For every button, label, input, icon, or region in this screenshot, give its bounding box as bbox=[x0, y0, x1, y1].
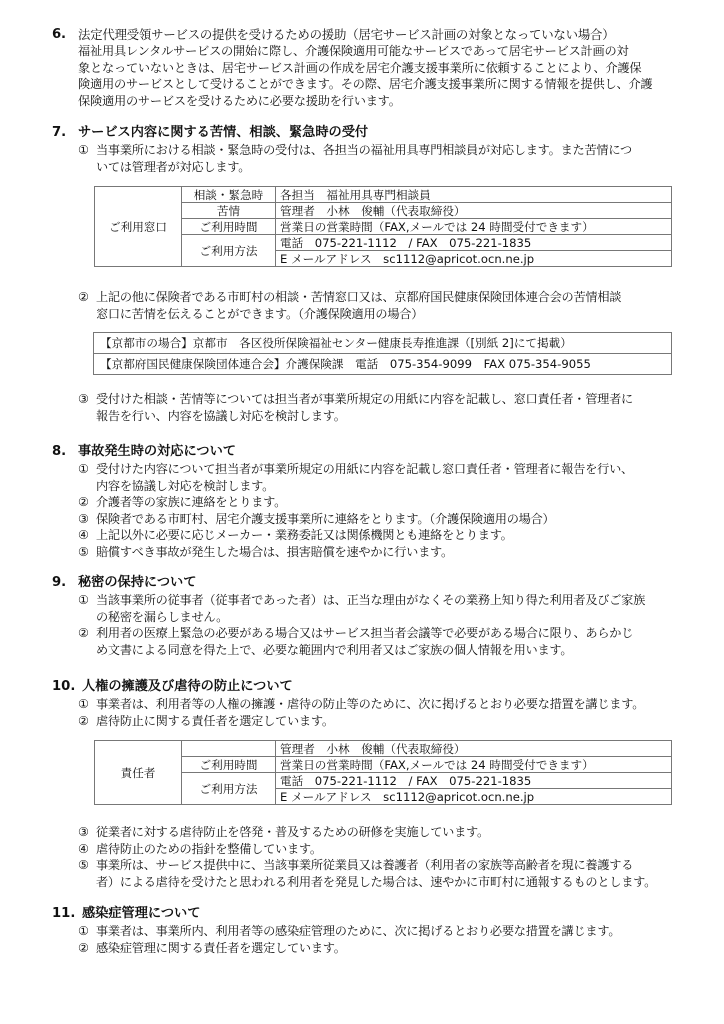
body-line: 保険適用のサービスを受けるために必要な援助を行います。 bbox=[78, 93, 692, 110]
document-page: 6. 法定代理受領サービスの提供を受けるための援助（居宅サービス計画の対象となっ… bbox=[0, 0, 724, 1024]
row-label: ご利用時間 bbox=[182, 757, 276, 773]
item-line: 事業者は、利用者等の人権の擁護・虐待の防止等のために、次に掲げるとおり必要な措置… bbox=[96, 696, 692, 713]
list-item: ② 虐待防止に関する責任者を選定しています。 bbox=[78, 713, 692, 730]
item-marker: ③ bbox=[78, 824, 96, 841]
item-marker: ④ bbox=[78, 841, 96, 858]
section-number: 10. bbox=[52, 678, 82, 696]
item-line: 利用者の医療上緊急の必要がある場合又はサービス担当者会議等で必要がある場合に限り… bbox=[96, 625, 692, 642]
section-number: 11. bbox=[52, 905, 82, 923]
item-marker: ② bbox=[78, 494, 96, 511]
table-row: ご利用方法 電話 075-221-1112 / FAX 075-221-1835 bbox=[95, 773, 672, 789]
list-item: ④ 上記以外に必要に応じメーカー・業務委託又は関係機関とも連絡をとります。 bbox=[78, 527, 692, 544]
item-line: 受付けた相談・苦情等については担当者が事業所規定の用紙に内容を記載し、窓口責任者… bbox=[96, 391, 692, 408]
section-title: 感染症管理について bbox=[82, 905, 200, 923]
table-row: ご利用窓口 相談・緊急時 各担当 福祉用具専門相談員 bbox=[95, 187, 672, 203]
item-line: 事業者は、事業所内、利用者等の感染症管理のために、次に掲げるとおり必要な措置を講… bbox=[96, 923, 692, 940]
item-marker: ③ bbox=[78, 511, 96, 528]
item-marker: ② bbox=[78, 940, 96, 957]
item-marker: ④ bbox=[78, 527, 96, 544]
list-item: ② 感染症管理に関する責任者を選定しています。 bbox=[78, 940, 692, 957]
item-line: 虐待防止のための指針を整備しています。 bbox=[96, 841, 692, 858]
item-line: 内容を協議し対応を検討します。 bbox=[96, 478, 692, 495]
item-marker: ① bbox=[78, 696, 96, 713]
section-title: サービス内容に関する苦情、相談、緊急時の受付 bbox=[78, 124, 368, 142]
list-item: ③ 従業者に対する虐待防止を啓発・普及するための研修を実施しています。 bbox=[78, 824, 692, 841]
section-8: 8. 事故発生時の対応について ① 受付けた内容について担当者が事業所規定の用紙… bbox=[52, 443, 692, 560]
section-11: 11. 感染症管理について ① 事業者は、事業所内、利用者等の感染症管理のために… bbox=[52, 905, 692, 956]
row-value: 電話 075-221-1112 / FAX 075-221-1835 bbox=[276, 773, 672, 789]
contact-window-table: ご利用窓口 相談・緊急時 各担当 福祉用具専門相談員 苦情 管理者 小林 俊輔（… bbox=[94, 186, 672, 267]
section-7-item-3: ③ 受付けた相談・苦情等については担当者が事業所規定の用紙に内容を記載し、窓口責… bbox=[52, 391, 692, 424]
section-title: 秘密の保持について bbox=[78, 574, 196, 592]
email-value: E メールアドレス sc1112@apricot.ocn.ne.jp bbox=[276, 789, 672, 805]
table-row: 責任者 管理者 小林 俊輔（代表取締役） bbox=[95, 741, 672, 757]
item-marker: ⑤ bbox=[78, 544, 96, 561]
section-number: 6. bbox=[52, 26, 78, 43]
item-line: め文書による同意を得た上で、必要な範囲内で利用者又はご家族の個人情報を用います。 bbox=[96, 642, 692, 659]
row-label: ご利用時間 bbox=[182, 219, 276, 235]
list-item: ② 利用者の医療上緊急の必要がある場合又はサービス担当者会議等で必要がある場合に… bbox=[78, 625, 692, 658]
row-value: 営業日の営業時間（FAX,メールでは 24 時間受付できます） bbox=[276, 757, 672, 773]
body-line: 険適用のサービスとして受けることができます。その際、居宅介護支援事業所に関する情… bbox=[78, 76, 692, 93]
item-line: 従業者に対する虐待防止を啓発・普及するための研修を実施しています。 bbox=[96, 824, 692, 841]
box-line: 【京都府国民健康保険団体連合会】介護保険課 電話 075-354-9099 FA… bbox=[94, 354, 672, 375]
table-row: ご利用時間 営業日の営業時間（FAX,メールでは 24 時間受付できます） bbox=[95, 219, 672, 235]
section-9-heading: 9. 秘密の保持について bbox=[52, 574, 692, 592]
item-marker: ① bbox=[78, 461, 96, 494]
list-item: ② 介護者等の家族に連絡をとります。 bbox=[78, 494, 692, 511]
row-header: 責任者 bbox=[95, 741, 182, 805]
list-item: ① 事業者は、事業所内、利用者等の感染症管理のために、次に掲げるとおり必要な措置… bbox=[78, 923, 692, 940]
list-item: ① 当該事業所の従事者（従事者であった者）は、正当な理由がなくその業務上知り得た… bbox=[78, 592, 692, 625]
item-line: 介護者等の家族に連絡をとります。 bbox=[96, 494, 692, 511]
item-line: 保険者である市町村、居宅介護支援事業所に連絡をとります。（介護保険適用の場合） bbox=[96, 511, 692, 528]
item-line: 賠償すべき事故が発生した場合は、損害賠償を速やかに行います。 bbox=[96, 544, 692, 561]
section-10-heading: 10. 人権の擁護及び虐待の防止について bbox=[52, 678, 692, 696]
section-7-item-2: ② 上記の他に保険者である市町村の相談・苦情窓口又は、京都府国民健康保険団体連合… bbox=[52, 289, 692, 322]
table-row: ご利用方法 電話 075-221-1112 / FAX 075-221-1835 bbox=[95, 235, 672, 251]
row-label: ご利用方法 bbox=[182, 235, 276, 267]
row-value: 各担当 福祉用具専門相談員 bbox=[276, 187, 672, 203]
item-marker: ① bbox=[78, 142, 96, 175]
item-marker: ① bbox=[78, 592, 96, 625]
item-marker: ② bbox=[78, 625, 96, 658]
list-item: ② 上記の他に保険者である市町村の相談・苦情窓口又は、京都府国民健康保険団体連合… bbox=[78, 289, 692, 322]
section-7-heading: 7. サービス内容に関する苦情、相談、緊急時の受付 bbox=[52, 124, 692, 142]
item-line: 窓口に苦情を伝えることができます。（介護保険適用の場合） bbox=[96, 306, 692, 323]
item-line: の秘密を漏らしません。 bbox=[96, 609, 692, 626]
row-label: ご利用方法 bbox=[182, 773, 276, 805]
row-label bbox=[182, 741, 276, 757]
list-item: ⑤ 賠償すべき事故が発生した場合は、損害賠償を速やかに行います。 bbox=[78, 544, 692, 561]
table-row: ご利用時間 営業日の営業時間（FAX,メールでは 24 時間受付できます） bbox=[95, 757, 672, 773]
item-line: いては管理者が対応します。 bbox=[96, 159, 692, 176]
item-line: 虐待防止に関する責任者を選定しています。 bbox=[96, 713, 692, 730]
section-6-heading: 6. 法定代理受領サービスの提供を受けるための援助（居宅サービス計画の対象となっ… bbox=[52, 26, 692, 43]
item-line: 上記の他に保険者である市町村の相談・苦情窓口又は、京都府国民健康保険団体連合会の… bbox=[96, 289, 692, 306]
item-line: 受付けた内容について担当者が事業所規定の用紙に内容を記載し窓口責任者・管理者に報… bbox=[96, 461, 692, 478]
list-item: ① 当事業所における相談・緊急時の受付は、各担当の福祉用具専門相談員が対応します… bbox=[78, 142, 692, 175]
item-marker: ② bbox=[78, 289, 96, 322]
abuse-prevention-officer-table: 責任者 管理者 小林 俊輔（代表取締役） ご利用時間 営業日の営業時間（FAX,… bbox=[94, 740, 672, 805]
list-item: ④ 虐待防止のための指針を整備しています。 bbox=[78, 841, 692, 858]
row-value: 電話 075-221-1112 / FAX 075-221-1835 bbox=[276, 235, 672, 251]
complaint-contacts-box: 【京都市の場合】京都市 各区役所保険福祉センター健康長寿推進課（[別紙 2]にて… bbox=[93, 332, 672, 375]
item-line: 当該事業所の従事者（従事者であった者）は、正当な理由がなくその業務上知り得た利用… bbox=[96, 592, 692, 609]
row-value: 管理者 小林 俊輔（代表取締役） bbox=[276, 203, 672, 219]
section-8-heading: 8. 事故発生時の対応について bbox=[52, 443, 692, 461]
row-header: ご利用窓口 bbox=[95, 187, 182, 267]
body-line: 福祉用具レンタルサービスの開始に際し、介護保険適用可能なサービスであって居宅サー… bbox=[78, 43, 692, 60]
section-title: 法定代理受領サービスの提供を受けるための援助（居宅サービス計画の対象となっていな… bbox=[78, 26, 614, 43]
section-11-heading: 11. 感染症管理について bbox=[52, 905, 692, 923]
list-item: ① 受付けた内容について担当者が事業所規定の用紙に内容を記載し窓口責任者・管理者… bbox=[78, 461, 692, 494]
body-line: 象となっていないときは、居宅サービス計画の作成を居宅介護支援事業所に依頼すること… bbox=[78, 60, 692, 77]
row-label: 苦情 bbox=[182, 203, 276, 219]
item-line: 者）による虐待を受けたと思われる利用者を発見した場合は、速やかに市町村に通報する… bbox=[96, 874, 692, 891]
item-line: 当事業所における相談・緊急時の受付は、各担当の福祉用具専門相談員が対応します。ま… bbox=[96, 142, 692, 159]
section-9: 9. 秘密の保持について ① 当該事業所の従事者（従事者であった者）は、正当な理… bbox=[52, 574, 692, 658]
row-label: 相談・緊急時 bbox=[182, 187, 276, 203]
list-item: ③ 受付けた相談・苦情等については担当者が事業所規定の用紙に内容を記載し、窓口責… bbox=[78, 391, 692, 424]
section-number: 9. bbox=[52, 574, 78, 592]
box-line: 【京都市の場合】京都市 各区役所保険福祉センター健康長寿推進課（[別紙 2]にて… bbox=[94, 333, 672, 354]
list-item: ③ 保険者である市町村、居宅介護支援事業所に連絡をとります。（介護保険適用の場合… bbox=[78, 511, 692, 528]
section-number: 7. bbox=[52, 124, 78, 142]
table-row: 苦情 管理者 小林 俊輔（代表取締役） bbox=[95, 203, 672, 219]
section-number: 8. bbox=[52, 443, 78, 461]
list-item: ⑤ 事業所は、サービス提供中に、当該事業所従業員又は養護者（利用者の家族等高齢者… bbox=[78, 857, 692, 890]
row-value: 営業日の営業時間（FAX,メールでは 24 時間受付できます） bbox=[276, 219, 672, 235]
item-line: 報告を行い、内容を協議し対応を検討します。 bbox=[96, 408, 692, 425]
section-6-body: 福祉用具レンタルサービスの開始に際し、介護保険適用可能なサービスであって居宅サー… bbox=[78, 43, 692, 109]
item-marker: ② bbox=[78, 713, 96, 730]
email-value: E メールアドレス sc1112@apricot.ocn.ne.jp bbox=[276, 251, 672, 267]
item-marker: ③ bbox=[78, 391, 96, 424]
list-item: ① 事業者は、利用者等の人権の擁護・虐待の防止等のために、次に掲げるとおり必要な… bbox=[78, 696, 692, 713]
section-title: 人権の擁護及び虐待の防止について bbox=[82, 678, 293, 696]
item-line: 事業所は、サービス提供中に、当該事業所従業員又は養護者（利用者の家族等高齢者を現… bbox=[96, 857, 692, 874]
item-marker: ⑤ bbox=[78, 857, 96, 890]
item-line: 上記以外に必要に応じメーカー・業務委託又は関係機関とも連絡をとります。 bbox=[96, 527, 692, 544]
section-title: 事故発生時の対応について bbox=[78, 443, 236, 461]
section-10: 10. 人権の擁護及び虐待の防止について ① 事業者は、利用者等の人権の擁護・虐… bbox=[52, 678, 692, 729]
section-6: 6. 法定代理受領サービスの提供を受けるための援助（居宅サービス計画の対象となっ… bbox=[52, 26, 692, 109]
section-7: 7. サービス内容に関する苦情、相談、緊急時の受付 ① 当事業所における相談・緊… bbox=[52, 124, 692, 175]
item-line: 感染症管理に関する責任者を選定しています。 bbox=[96, 940, 692, 957]
section-10-items-bottom: ③ 従業者に対する虐待防止を啓発・普及するための研修を実施しています。 ④ 虐待… bbox=[52, 824, 692, 890]
item-marker: ① bbox=[78, 923, 96, 940]
row-value: 管理者 小林 俊輔（代表取締役） bbox=[276, 741, 672, 757]
